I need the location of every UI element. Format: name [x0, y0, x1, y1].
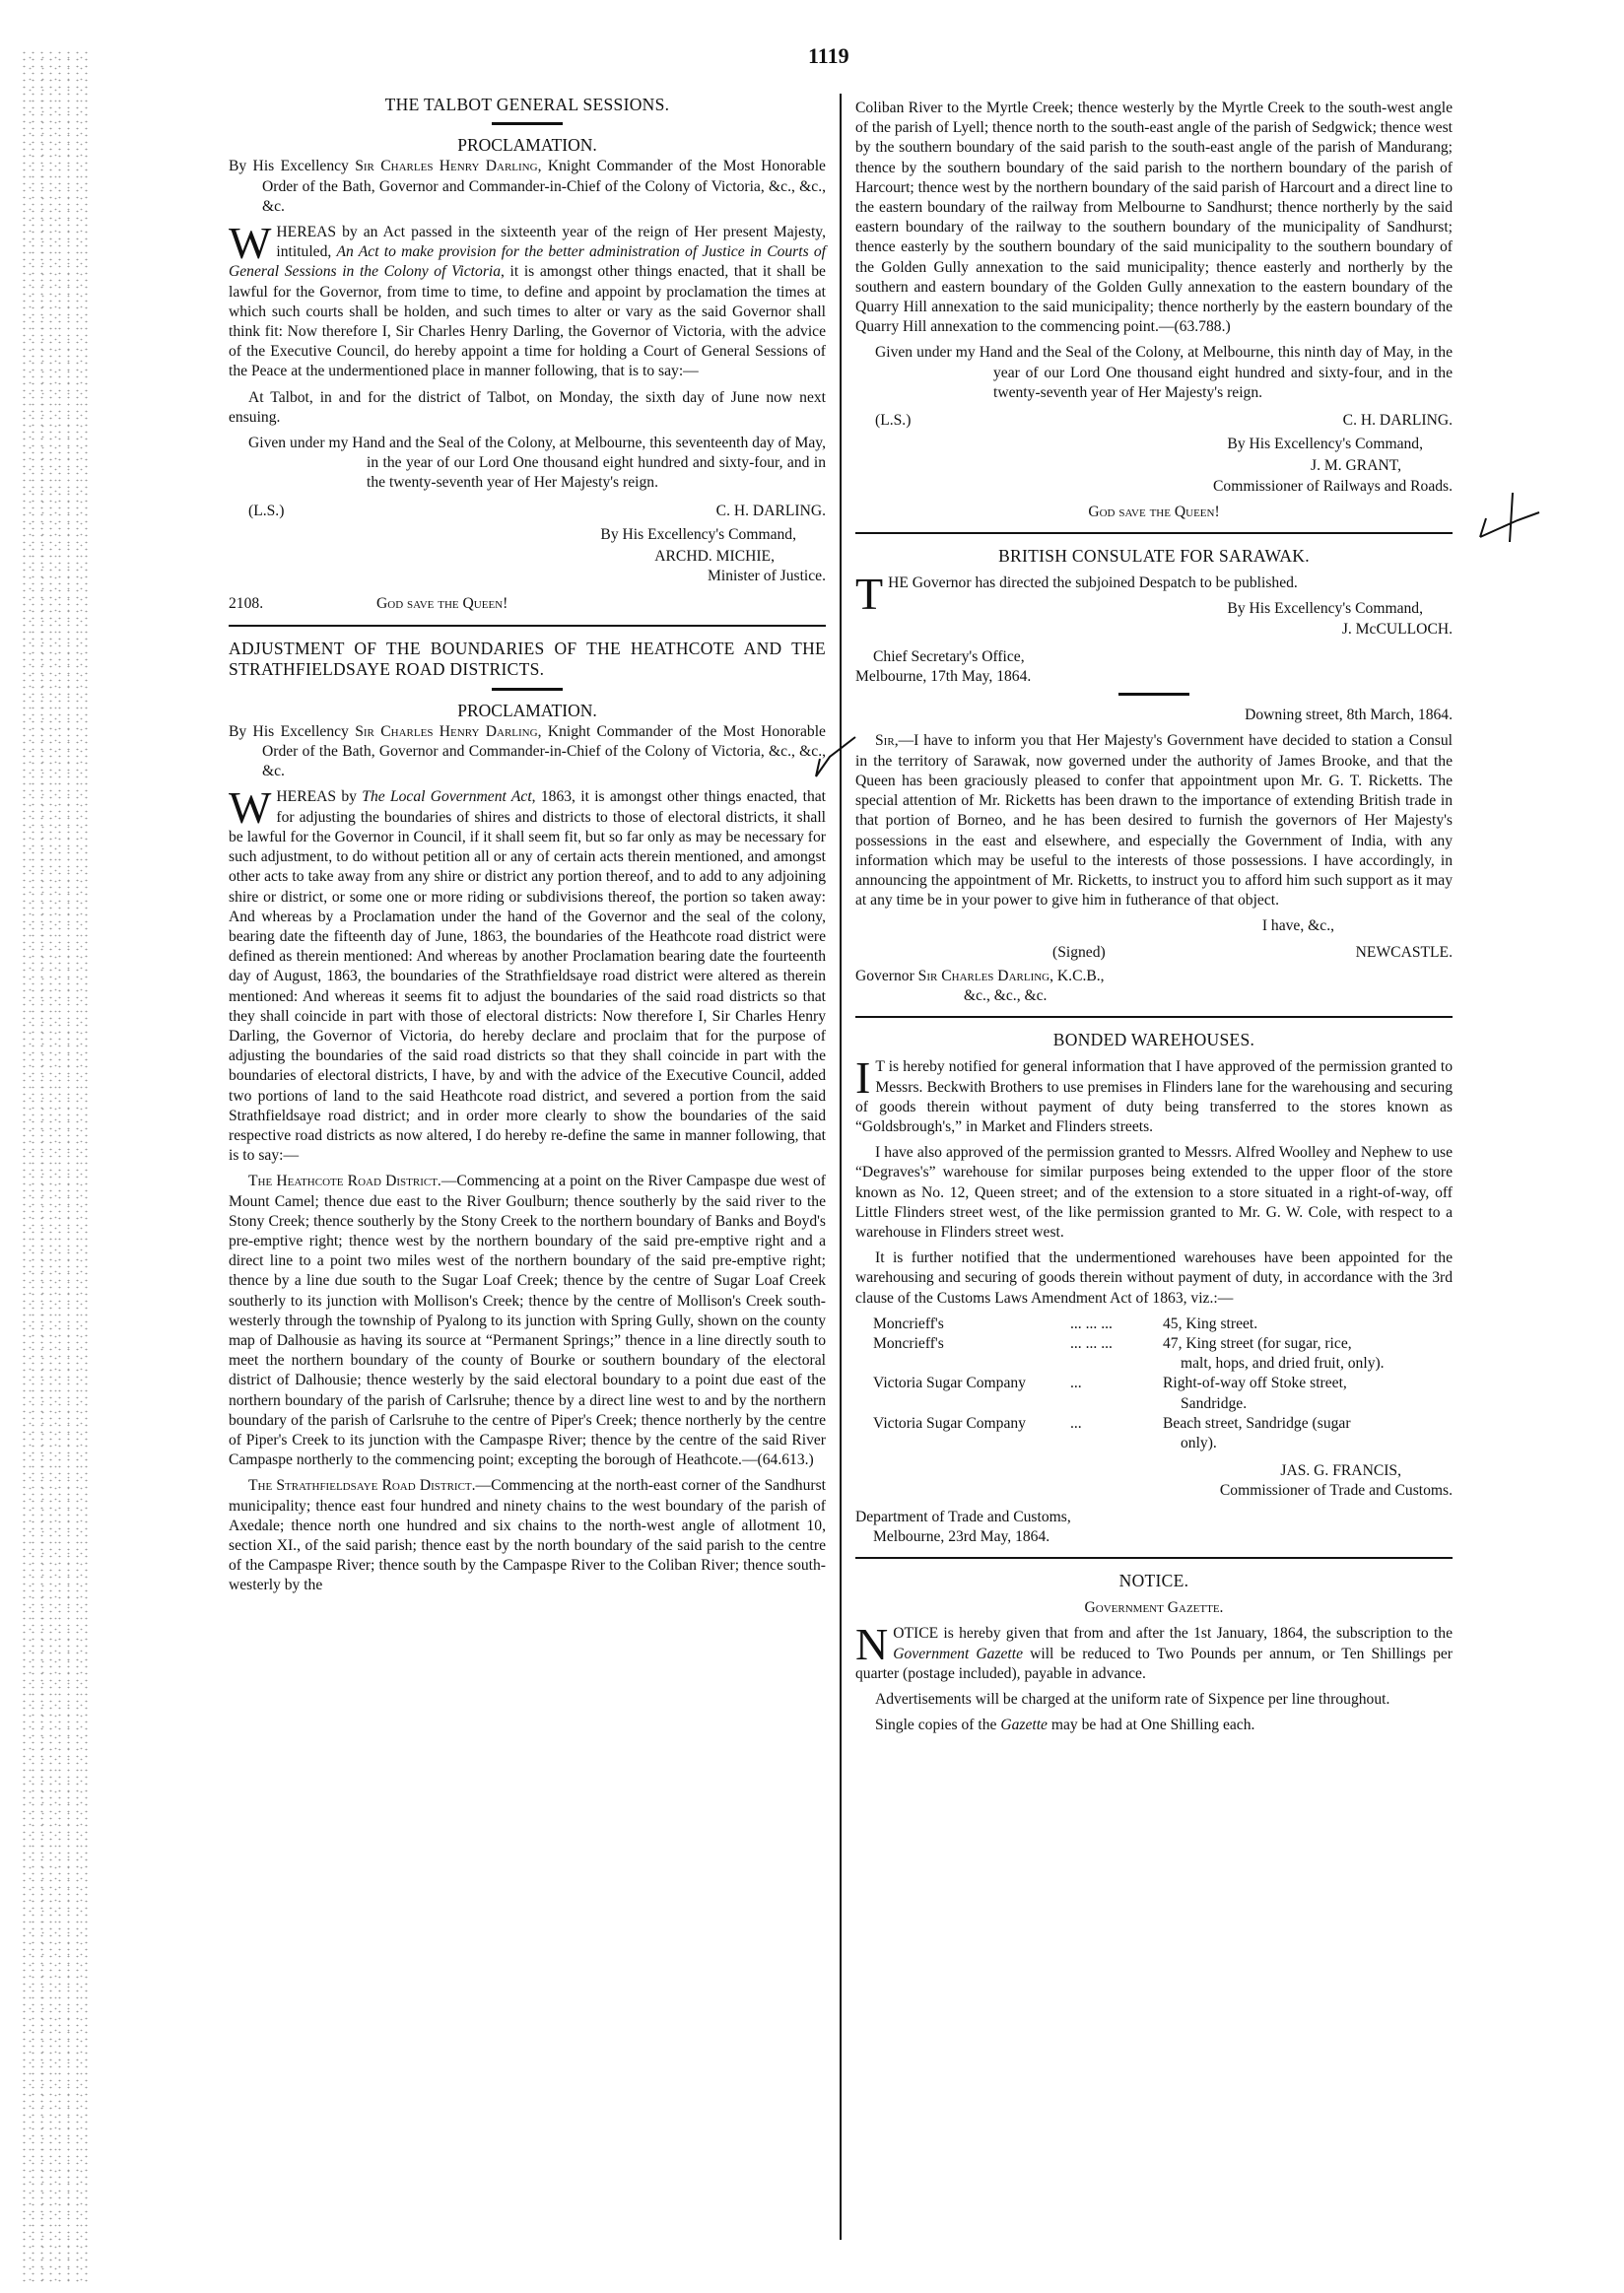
publication-title: Government Gazette: [893, 1646, 1023, 1662]
addressee-name: Sir Charles Darling: [918, 968, 1049, 984]
warehouse-address: Right-of-way off Stoke street,Sandridge.: [1153, 1374, 1453, 1413]
short-rule: [1118, 693, 1189, 696]
addressee-etc: &c., &c., &c.: [855, 986, 1453, 1006]
intro-paragraph: THE Governor has directed the subjoined …: [855, 573, 1453, 593]
addressee-prefix: Governor: [855, 968, 918, 984]
signed-label: (Signed): [1052, 943, 1106, 963]
by-his-excellency: By His Excellency Sir Charles Henry Darl…: [229, 722, 826, 782]
section-rule: [229, 625, 826, 627]
signature-line: (L.S.) C. H. DARLING.: [229, 502, 826, 521]
leader-dots: ... ... ...: [1070, 1315, 1153, 1334]
by-prefix: By His Excellency: [229, 723, 355, 740]
minister-name: ARCHD. MICHIE,: [229, 547, 826, 567]
column-divider: [840, 94, 842, 2240]
warehouse-firm: Victoria Sugar Company: [855, 1414, 1070, 1453]
talbot-general-sessions-notice: THE TALBOT GENERAL SESSIONS. PROCLAMATIO…: [229, 95, 826, 615]
despatch-dateline: Downing street, 8th March, 1864.: [855, 706, 1453, 725]
heathcote-district-paragraph: The Heathcote Road District.—Commencing …: [229, 1172, 826, 1470]
signer-name: NEWCASTLE.: [1356, 943, 1453, 963]
notice-title: NOTICE.: [855, 1571, 1453, 1590]
notice-footer: 2108. God save the Queen!: [229, 594, 826, 614]
text-cont: may be had at One Shilling each.: [1048, 1717, 1254, 1733]
section-rule: [855, 532, 1453, 534]
right-column: Coliban River to the Myrtle Creek; thenc…: [855, 99, 1453, 1741]
address-continuation: only).: [1163, 1434, 1453, 1453]
paragraph-2: I have also approved of the permission g…: [855, 1143, 1453, 1243]
warehouse-row: Moncrieff's... ... ...45, King street.: [855, 1315, 1453, 1334]
address-line: Beach street, Sandridge (sugar: [1163, 1415, 1351, 1432]
signer-name: JAS. G. FRANCIS,: [855, 1461, 1453, 1481]
strathfieldsaye-continued: Coliban River to the Myrtle Creek; thenc…: [855, 99, 1453, 522]
paragraph-1: NOTICE is hereby given that from and aft…: [855, 1624, 1453, 1684]
salutation: Sir: [875, 732, 895, 749]
command-line: By His Excellency's Command,: [855, 599, 1453, 619]
god-save-the-queen: God save the Queen!: [376, 594, 507, 614]
handwritten-mark-icon: [1478, 483, 1547, 542]
warehouse-row: Victoria Sugar Company...Beach street, S…: [855, 1414, 1453, 1453]
act-title: The Local Government Act: [362, 788, 531, 805]
notice-title: ADJUSTMENT OF THE BOUNDARIES OF THE HEAT…: [229, 639, 826, 680]
whereas-paragraph: WHEREAS by The Local Government Act, 186…: [229, 787, 826, 1166]
notice-number: 2108.: [229, 594, 376, 614]
district-boundary-text: —Commencing at a point on the River Camp…: [229, 1173, 826, 1468]
paragraph-1: IT is hereby notified for general inform…: [855, 1057, 1453, 1137]
command-line: By His Excellency's Command,: [229, 525, 826, 545]
minister-title: Minister of Justice.: [229, 567, 826, 586]
department-address: Department of Trade and Customs, Melbour…: [855, 1508, 1453, 1547]
addressee-suffix: , K.C.B.,: [1049, 968, 1104, 984]
gazette-subscription-notice: NOTICE. Government Gazette. NOTICE is he…: [855, 1571, 1453, 1735]
address-continuation: Sandridge.: [1163, 1394, 1453, 1414]
paragraph-3: Single copies of the Gazette may be had …: [855, 1716, 1453, 1735]
minister-title: Commissioner of Railways and Roads.: [855, 477, 1453, 497]
warehouse-firm: Moncrieff's: [855, 1315, 1070, 1334]
signature-line: (L.S.) C. H. DARLING.: [855, 411, 1453, 431]
secretary-name: J. McCULLOCH.: [855, 620, 1453, 640]
warehouse-table: Moncrieff's... ... ...45, King street.Mo…: [855, 1315, 1453, 1453]
governor-signature: C. H. DARLING.: [716, 502, 826, 521]
given-under-hand: Given under my Hand and the Seal of the …: [855, 343, 1453, 403]
signer-title: Commissioner of Trade and Customs.: [855, 1481, 1453, 1501]
department-line: Department of Trade and Customs,: [855, 1508, 1453, 1527]
heathcote-strathfieldsaye-notice: ADJUSTMENT OF THE BOUNDARIES OF THE HEAT…: [229, 639, 826, 1596]
short-rule: [492, 688, 563, 691]
bonded-warehouses-notice: BONDED WAREHOUSES. IT is hereby notified…: [855, 1030, 1453, 1547]
paragraph-3: It is further notified that the undermen…: [855, 1248, 1453, 1309]
despatch-text: ,—I have to inform you that Her Majesty'…: [855, 732, 1453, 909]
governor-signature: C. H. DARLING.: [1343, 411, 1453, 431]
section-rule: [855, 1016, 1453, 1018]
seal-label: (L.S.): [248, 502, 284, 521]
address-line: 45, King street.: [1163, 1315, 1257, 1332]
command-line: By His Excellency's Command,: [855, 435, 1453, 454]
address-line: 47, King street (for sugar, rice,: [1163, 1335, 1352, 1352]
sarawak-consulate-notice: BRITISH CONSULATE FOR SARAWAK. THE Gover…: [855, 546, 1453, 1006]
notice-title: BONDED WAREHOUSES.: [855, 1030, 1453, 1049]
notice-title: BRITISH CONSULATE FOR SARAWAK.: [855, 546, 1453, 566]
closing-line: I have, &c.,: [855, 916, 1453, 936]
by-prefix: By His Excellency: [229, 158, 355, 174]
by-his-excellency: By His Excellency Sir Charles Henry Darl…: [229, 157, 826, 217]
paragraph-2: Advertisements will be charged at the un…: [855, 1690, 1453, 1710]
district-boundary-text: —Commencing at the north-east corner of …: [229, 1477, 826, 1593]
warehouse-row: Victoria Sugar Company...Right-of-way of…: [855, 1374, 1453, 1413]
whereas-text-cont: , 1863, it is amongst other things enact…: [229, 788, 826, 1164]
whereas-text: WHEREAS by: [276, 788, 362, 805]
given-under-hand: Given under my Hand and the Seal of the …: [229, 434, 826, 494]
minister-name: J. M. GRANT,: [855, 456, 1453, 476]
at-talbot-paragraph: At Talbot, in and for the district of Ta…: [229, 388, 826, 428]
god-save-the-queen: God save the Queen!: [855, 503, 1453, 522]
address-continuation: malt, hops, and dried fruit, only).: [1163, 1354, 1453, 1374]
district-heading: The Strathfieldsaye Road District.: [248, 1477, 476, 1494]
proclamation-heading: PROCLAMATION.: [229, 135, 826, 155]
warehouse-firm: Victoria Sugar Company: [855, 1374, 1070, 1413]
governor-name: Sir Charles Henry Darling: [355, 158, 537, 174]
office-date: Melbourne, 17th May, 1864.: [855, 667, 1453, 687]
left-column: THE TALBOT GENERAL SESSIONS. PROCLAMATIO…: [229, 95, 826, 1602]
district-boundary-text-continued: Coliban River to the Myrtle Creek; thenc…: [855, 99, 1453, 337]
proclamation-heading: PROCLAMATION.: [229, 701, 826, 720]
warehouse-address: 45, King street.: [1153, 1315, 1453, 1334]
whereas-paragraph: WHEREAS by an Act passed in the sixteent…: [229, 223, 826, 382]
district-heading: The Heathcote Road District.: [248, 1173, 441, 1189]
whereas-text-cont: , it is amongst other things enacted, th…: [229, 263, 826, 379]
governor-name: Sir Charles Henry Darling: [355, 723, 537, 740]
short-rule: [492, 122, 563, 125]
notice-subtitle: Government Gazette.: [855, 1598, 1453, 1618]
text: Single copies of the: [875, 1717, 1000, 1733]
warehouse-address: 47, King street (for sugar, rice,malt, h…: [1153, 1334, 1453, 1374]
warehouse-address: Beach street, Sandridge (sugaronly).: [1153, 1414, 1453, 1453]
despatch-body: Sir,—I have to inform you that Her Majes…: [855, 731, 1453, 910]
office-line: Chief Secretary's Office,: [855, 647, 1453, 667]
leader-dots: ...: [1070, 1414, 1153, 1453]
signed-line: (Signed) NEWCASTLE.: [855, 943, 1453, 963]
section-rule: [855, 1557, 1453, 1559]
department-date: Melbourne, 23rd May, 1864.: [855, 1527, 1453, 1547]
scan-margin-noise: [20, 49, 89, 2286]
warehouse-row: Moncrieff's... ... ...47, King street (f…: [855, 1334, 1453, 1374]
strathfieldsaye-district-paragraph: The Strathfieldsaye Road District.—Comme…: [229, 1476, 826, 1595]
address-line: Right-of-way off Stoke street,: [1163, 1375, 1347, 1391]
warehouse-firm: Moncrieff's: [855, 1334, 1070, 1374]
publication-title: Gazette: [1000, 1717, 1048, 1733]
notice-title: THE TALBOT GENERAL SESSIONS.: [229, 95, 826, 114]
leader-dots: ... ... ...: [1070, 1334, 1153, 1374]
seal-label: (L.S.): [875, 411, 911, 431]
text: NOTICE is hereby given that from and aft…: [893, 1625, 1453, 1642]
addressee: Governor Sir Charles Darling, K.C.B.,: [855, 967, 1453, 986]
page-number: 1119: [808, 43, 849, 69]
leader-dots: ...: [1070, 1374, 1153, 1413]
